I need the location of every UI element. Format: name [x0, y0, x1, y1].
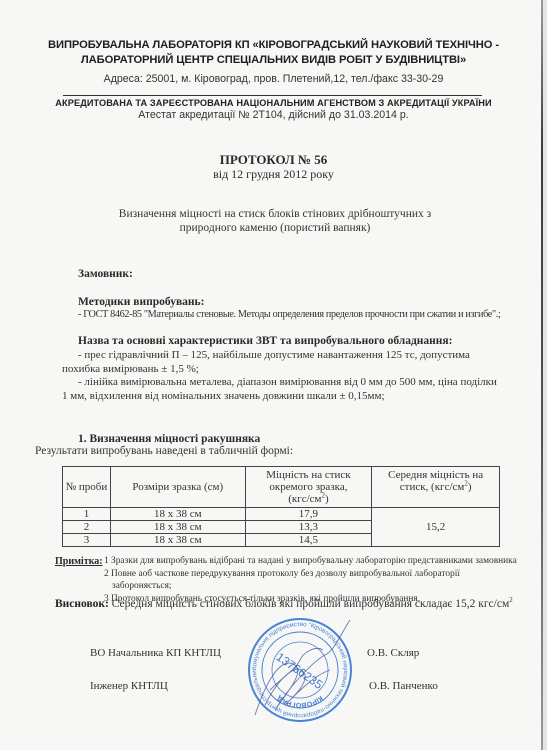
table-header-row: № проби Розміри зразка (см) Міцність на … — [63, 467, 500, 508]
cell-strength: 14,5 — [245, 534, 372, 547]
header-average: Середня міцність на стиск, (кгс/см2) — [372, 467, 500, 508]
note-item: 2 Повне аоб часткове передрукування прот… — [104, 568, 524, 581]
methods-label: Методики випробувань: — [78, 296, 204, 308]
svg-text:13766235: 13766235 — [274, 650, 326, 692]
header-average-line-1: Середня міцність на — [372, 469, 499, 481]
signature-name-head: О.В. Скляр — [367, 647, 419, 659]
protocol-title: ПРОТОКОЛ № 56 — [0, 152, 547, 168]
header-size: Розміри зразка (см) — [110, 467, 245, 508]
protocol-subject: Визначення міцності на стиск блоків стін… — [110, 207, 440, 235]
subject-line-1: Визначення міцності на стиск блоків стін… — [110, 207, 440, 221]
signature-title-engineer: Інженер КНТЛЦ — [90, 680, 168, 692]
accreditation-line: АКРЕДИТОВАНА ТА ЗАРЕЄСТРОВАНА НАЦІОНАЛЬН… — [40, 98, 507, 108]
page-shade — [543, 0, 547, 750]
note-item: 1 Зразки для випробувань відібрані та на… — [104, 555, 524, 568]
cell-sample-no: 2 — [63, 521, 111, 534]
header-strength-line-2: окремого зразка, — [246, 481, 372, 493]
notes-label: Примітка: — [55, 556, 103, 567]
org-title-line-2: ЛАБОРАТОРНИЙ ЦЕНТР СПЕЦІАЛЬНИХ ВИДІВ РОБ… — [40, 53, 507, 68]
conclusion-sup: 2 — [509, 596, 513, 604]
cell-sample-no: 1 — [63, 508, 111, 521]
header-divider — [63, 95, 482, 96]
address: Адреса: 25001, м. Кіровоград, пров. Плет… — [40, 73, 507, 85]
cell-size: 18 х 38 см — [110, 521, 245, 534]
organization-title: ВИПРОБУВАЛЬНА ЛАБОРАТОРІЯ КП «КІРОВОГРАД… — [40, 38, 507, 68]
conclusion-label: Висновок: — [55, 598, 109, 610]
cell-sample-no: 3 — [63, 534, 111, 547]
header-strength: Міцність на стиск окремого зразка, (кгс/… — [245, 467, 372, 508]
svg-text:КІРОВОГРАД: КІРОВОГРАД — [276, 694, 323, 708]
conclusion: Висновок: Середня міцність стінових блок… — [55, 598, 513, 610]
header-strength-unit: (кгс/см2) — [246, 493, 372, 505]
note-item-continuation: забороняється; — [104, 580, 524, 593]
signature-title-head: ВО Начальника КП КНТЛЦ — [90, 647, 221, 659]
org-title-line-1: ВИПРОБУВАЛЬНА ЛАБОРАТОРІЯ КП «КІРОВОГРАД… — [40, 38, 507, 53]
equipment-label: Назва та основні характеристики ЗВТ та в… — [78, 335, 452, 347]
header-sample-no: № проби — [63, 467, 111, 508]
header-average-line-2: стиск, (кгс/см2) — [372, 481, 499, 493]
methods-item: - ГОСТ 8462-85 "Материалы стеновые. Мето… — [78, 309, 500, 320]
cell-strength: 13,3 — [245, 521, 372, 534]
header-strength-line-1: Міцність на стиск — [246, 469, 372, 481]
conclusion-text: Середня міцність стінових блоків які про… — [109, 598, 509, 610]
official-stamp-icon: Комунальне підприємство "Кіровоградський… — [245, 615, 355, 725]
cell-strength: 17,9 — [245, 508, 372, 521]
section-title: 1. Визначення міцності ракушняка — [78, 433, 260, 445]
results-intro: Результати випробувань наведені в таблич… — [35, 445, 293, 457]
results-table: № проби Розміри зразка (см) Міцність на … — [62, 466, 500, 547]
attestation-line: Атестат акредитації № 2Т104, дійсний до … — [40, 109, 507, 121]
cell-size: 18 х 38 см — [110, 508, 245, 521]
equipment-item-press: - прес гідравлічний П – 125, найбільше д… — [62, 348, 502, 376]
protocol-date: від 12 грудня 2012 року — [0, 167, 547, 182]
subject-line-2: природного каменю (пористий вапняк) — [110, 221, 440, 235]
cell-average: 15,2 — [372, 508, 500, 547]
equipment-item-ruler: - лінійка вимірювальна металева, діапазо… — [62, 375, 502, 403]
cell-size: 18 х 38 см — [110, 534, 245, 547]
table-row: 1 18 х 38 см 17,9 15,2 — [63, 508, 500, 521]
signature-name-engineer: О.В. Панченко — [369, 680, 438, 692]
customer-label: Замовник: — [78, 268, 133, 280]
